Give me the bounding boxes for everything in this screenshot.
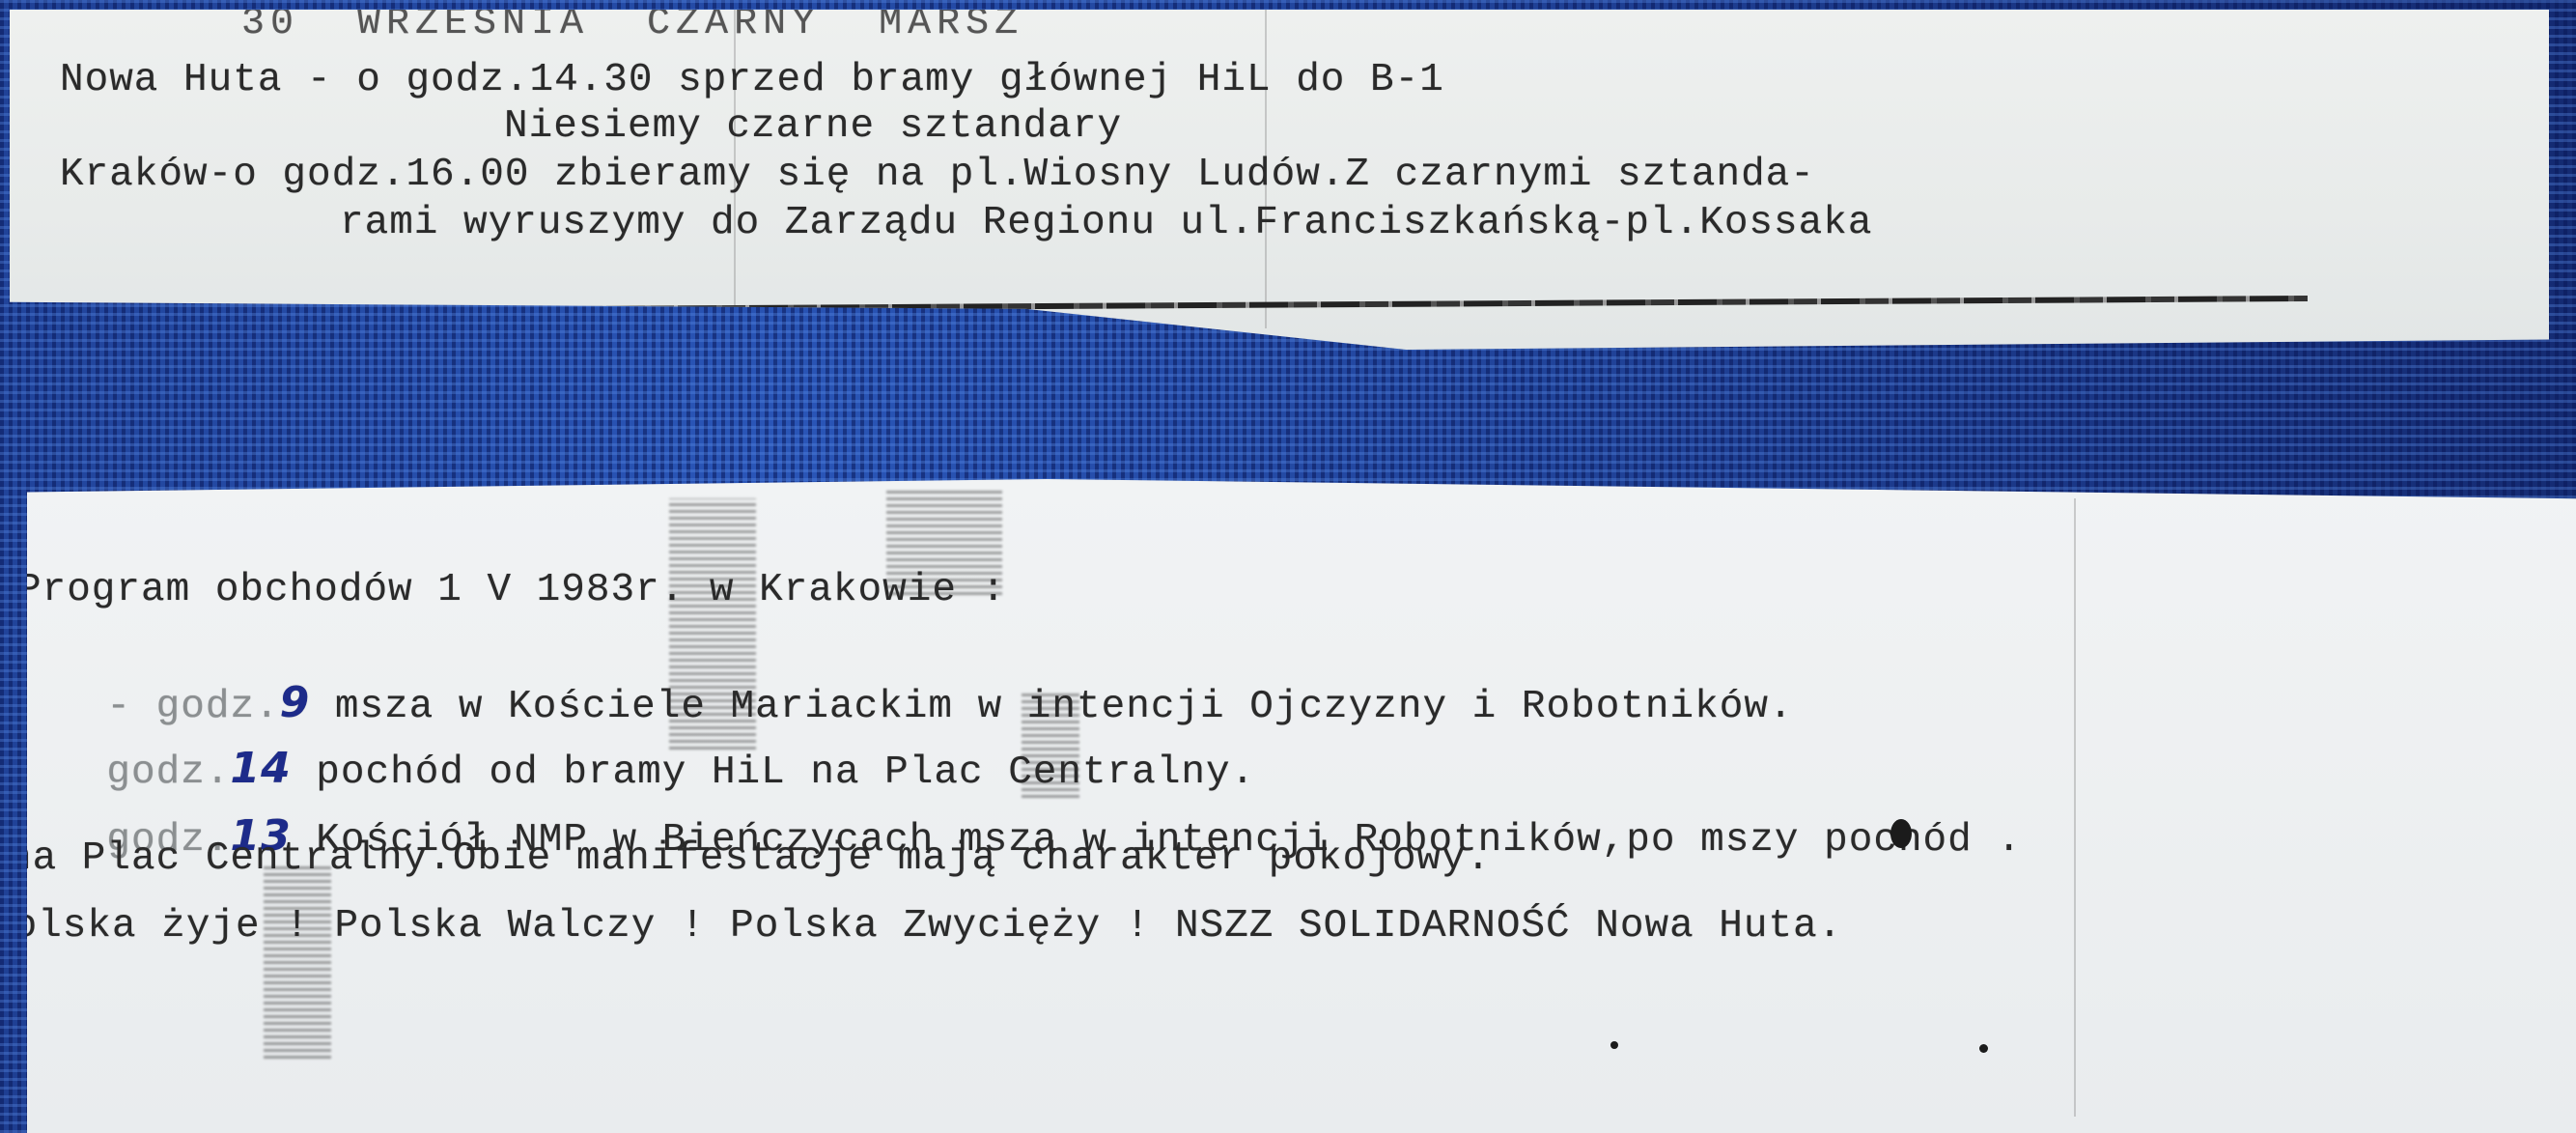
ink-blot xyxy=(1890,819,1912,848)
typed-line-krakow: Kraków-o godz.16.00 zbieramy się na pl.W… xyxy=(60,153,1815,197)
ink-dot xyxy=(1979,1044,1988,1053)
typed-line-peaceful: na Plac Centralny.Obie manifestacje mają… xyxy=(8,836,1491,881)
ghost-footer-text: 30 WRZEŚNIA CZARNY MARSZ xyxy=(246,336,966,376)
typed-line-slogan: Polska żyje ! Polska Walczy ! Polska Zwy… xyxy=(0,904,1842,949)
typed-line-banners: Niesiemy czarne sztandary xyxy=(504,104,1122,149)
ink-dot xyxy=(1610,1041,1618,1049)
typed-line-program-title: Program obchodów 1 V 1983r. w Krakowie : xyxy=(17,568,1006,612)
top-paper-strip: 30 WRZEŚNIA CZARNY MARSZ Nowa Huta - o g… xyxy=(10,10,2549,350)
typed-line-route: rami wyruszymy do Zarządu Regionu ul.Fra… xyxy=(340,201,1872,245)
paper-fold xyxy=(2074,498,2076,1117)
typed-line-nowa-huta: Nowa Huta - o godz.14.30 sprzed bramy gł… xyxy=(60,58,1444,102)
bottom-paper-strip: Program obchodów 1 V 1983r. w Krakowie :… xyxy=(27,479,2576,1133)
ghost-header-text: 30 WRZEŚNIA CZARNY MARSZ xyxy=(241,2,1023,45)
typed-rule-line xyxy=(106,296,2308,315)
